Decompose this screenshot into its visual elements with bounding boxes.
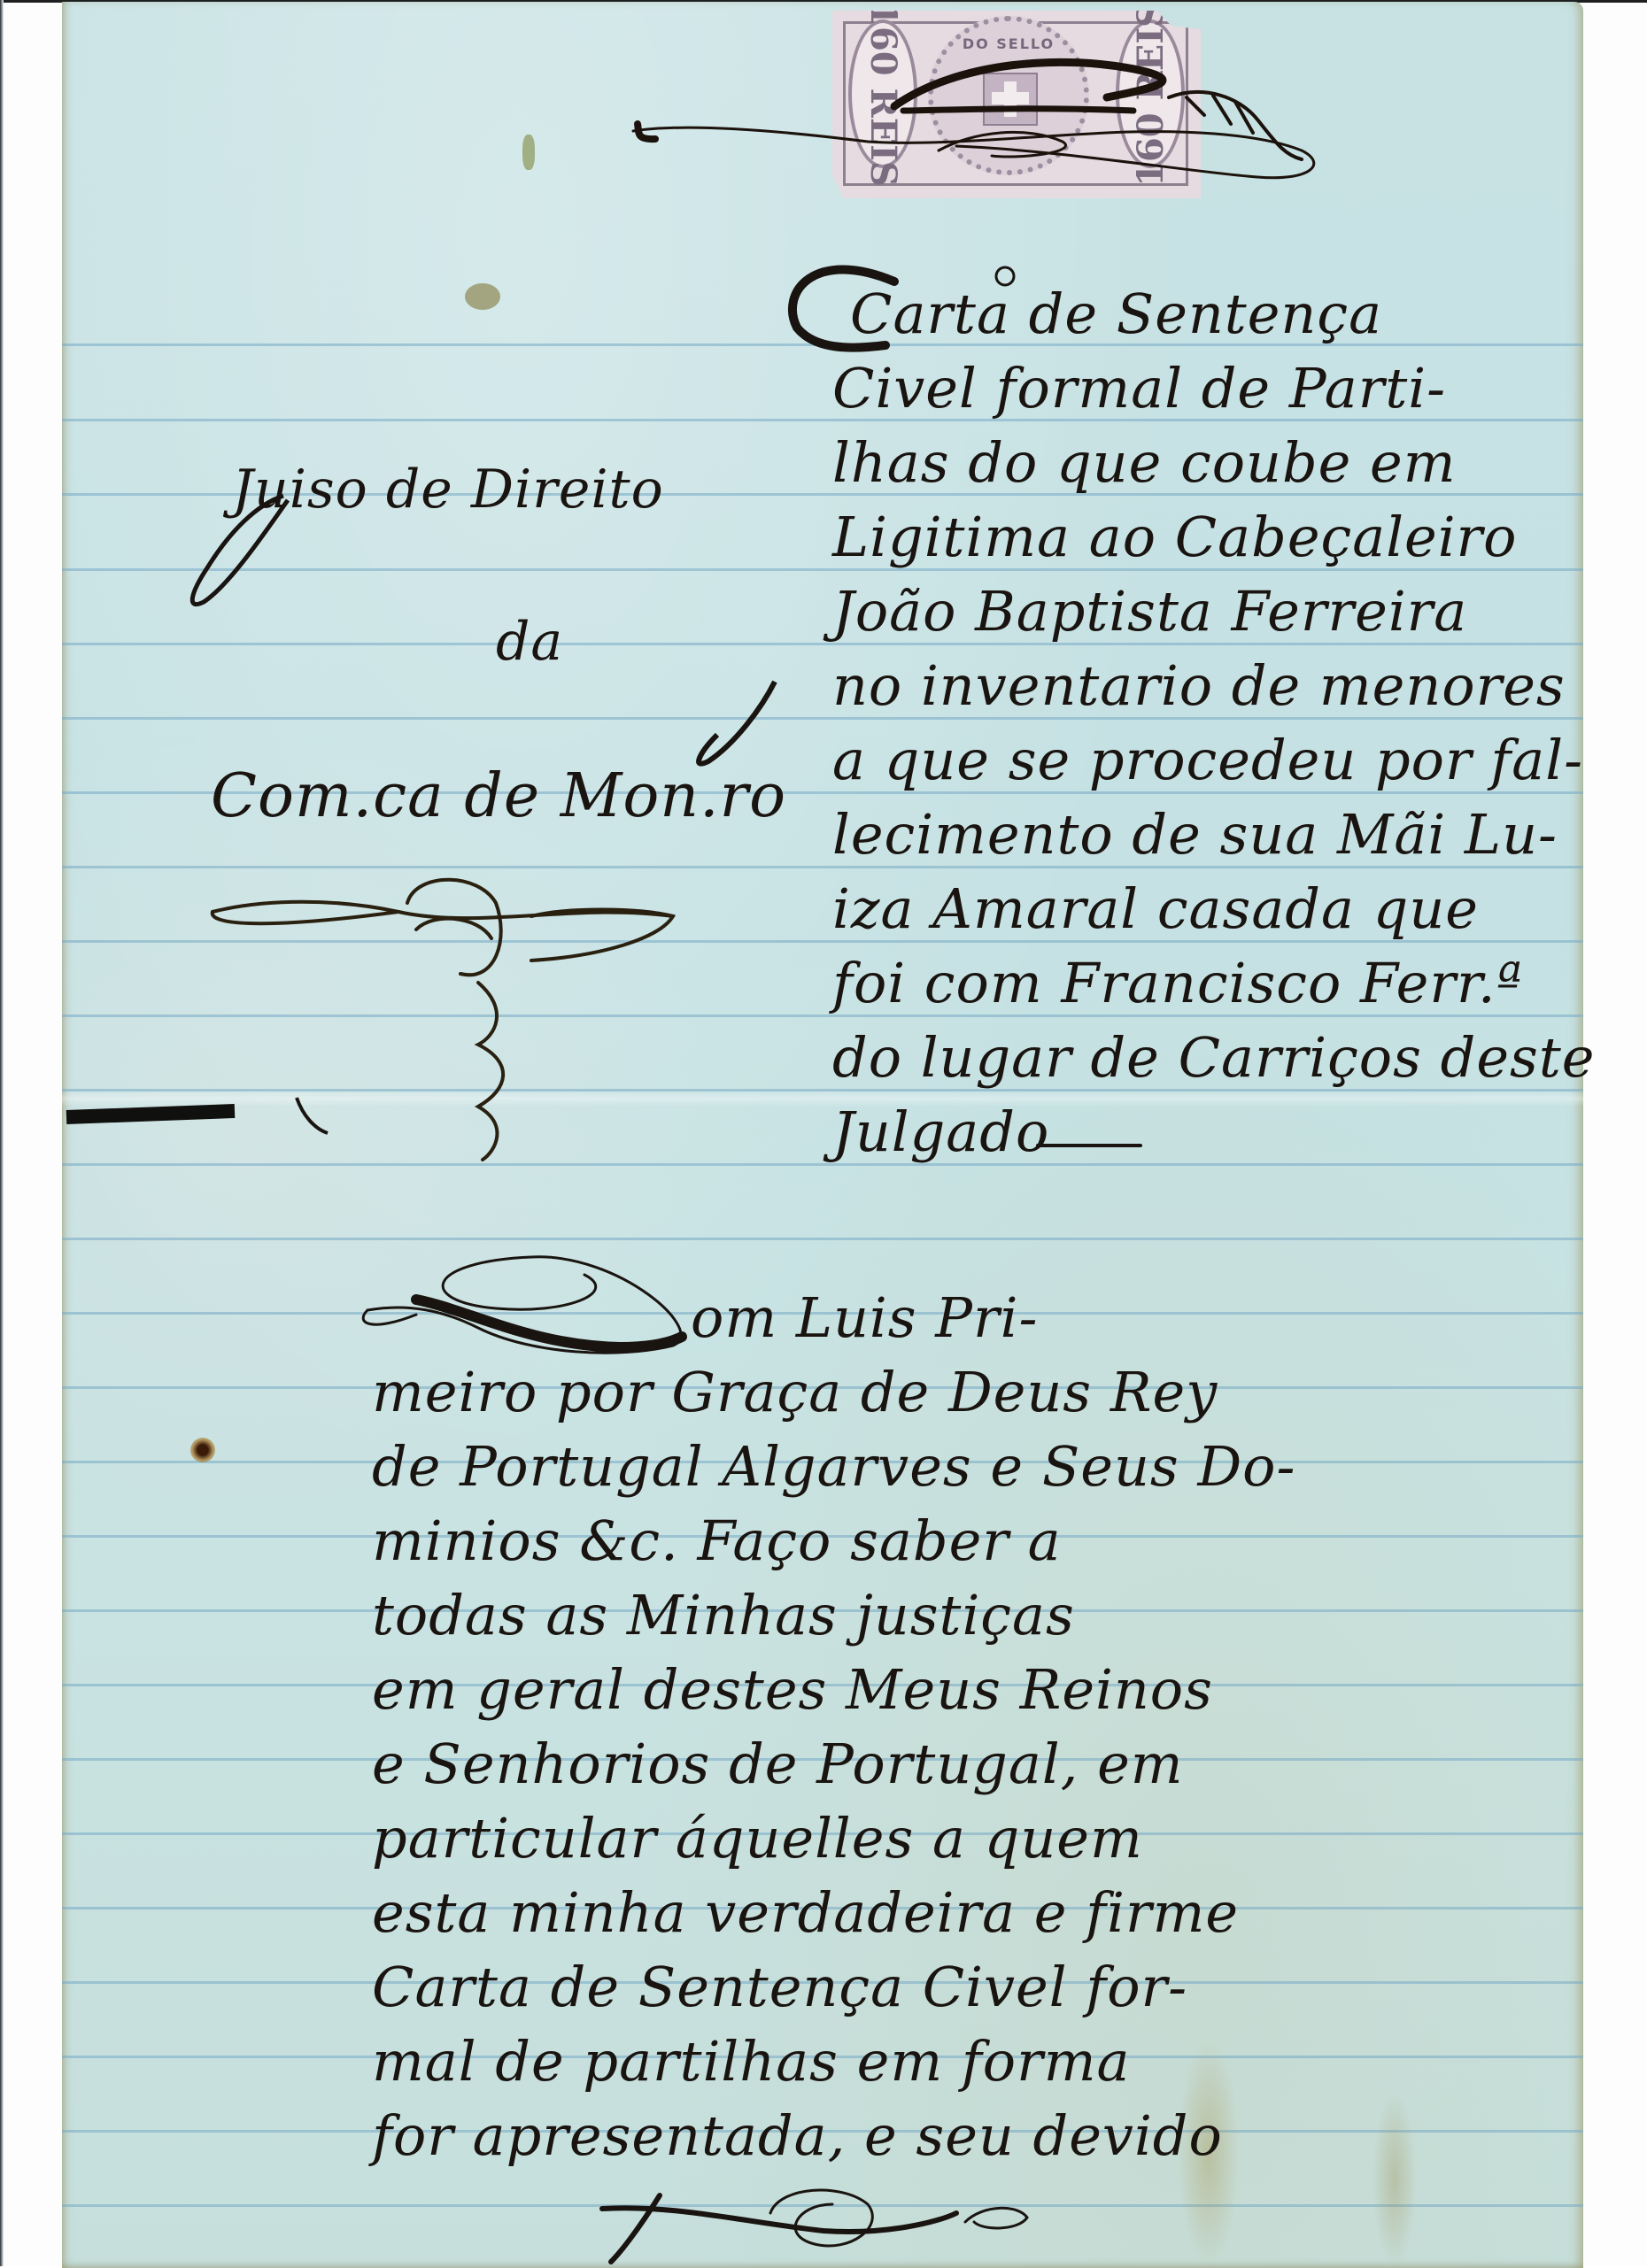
title-line: Carta de Sentença [850, 282, 1382, 346]
title-line: Ligitima ao Cabeçaleiro [832, 505, 1518, 569]
margin-heading-court: Juiso de Direito [232, 459, 664, 521]
margin-heading-da: da [496, 611, 563, 673]
title-line: no inventario de menores [832, 653, 1566, 718]
body-line: om Luis Pri- [691, 1285, 1038, 1350]
title-line: a que se procedeu por fal- [832, 728, 1583, 792]
closing-flourish [602, 2190, 1027, 2262]
title-line: do lugar de Carriços deste [832, 1025, 1595, 1090]
title-line: Julgado [832, 1099, 1049, 1164]
body-line: e Senhorios de Portugal, em [372, 1732, 1184, 1796]
title-line: lhas do que coube em [832, 430, 1457, 495]
title-line: Civel formal de Parti- [832, 356, 1446, 420]
ink-smudge [66, 1111, 235, 1117]
margin-heading-comarca: Com.ca de Mon.ro [211, 761, 786, 831]
body-line: meiro por Graça de Deus Rey [372, 1360, 1218, 1424]
body-line: particular áquelles a quem [372, 1806, 1143, 1871]
body-line: esta minha verdadeira e firme [372, 1880, 1239, 1945]
title-line: lecimento de sua Mãi Lu- [832, 802, 1558, 867]
decorative-capital-d [363, 1257, 682, 1353]
line-end-dash [1036, 1144, 1142, 1147]
body-line: for apresentada, e seu devido [372, 2103, 1223, 2168]
body-line: mal de partilhas em forma [372, 2029, 1131, 2094]
body-line: minios &c. Faço saber a [372, 1508, 1062, 1573]
body-line: todas as Minhas justiças [372, 1583, 1075, 1647]
body-line: de Portugal Algarves e Seus Do- [372, 1434, 1295, 1499]
title-line: João Baptista Ferreira [832, 579, 1467, 644]
title-line: iza Amaral casada que [832, 876, 1479, 941]
body-line: em geral destes Meus Reinos [372, 1657, 1213, 1722]
document-scan: 160 REIS DO SELLO 160 REIS [0, 0, 1647, 2266]
body-line: Carta de Sentença Civel for- [372, 1955, 1187, 2019]
title-line: foi com Francisco Ferr.ª [832, 951, 1523, 1015]
stamp-cancellation-signature [633, 62, 1314, 177]
ornamental-flourish [213, 880, 673, 1160]
